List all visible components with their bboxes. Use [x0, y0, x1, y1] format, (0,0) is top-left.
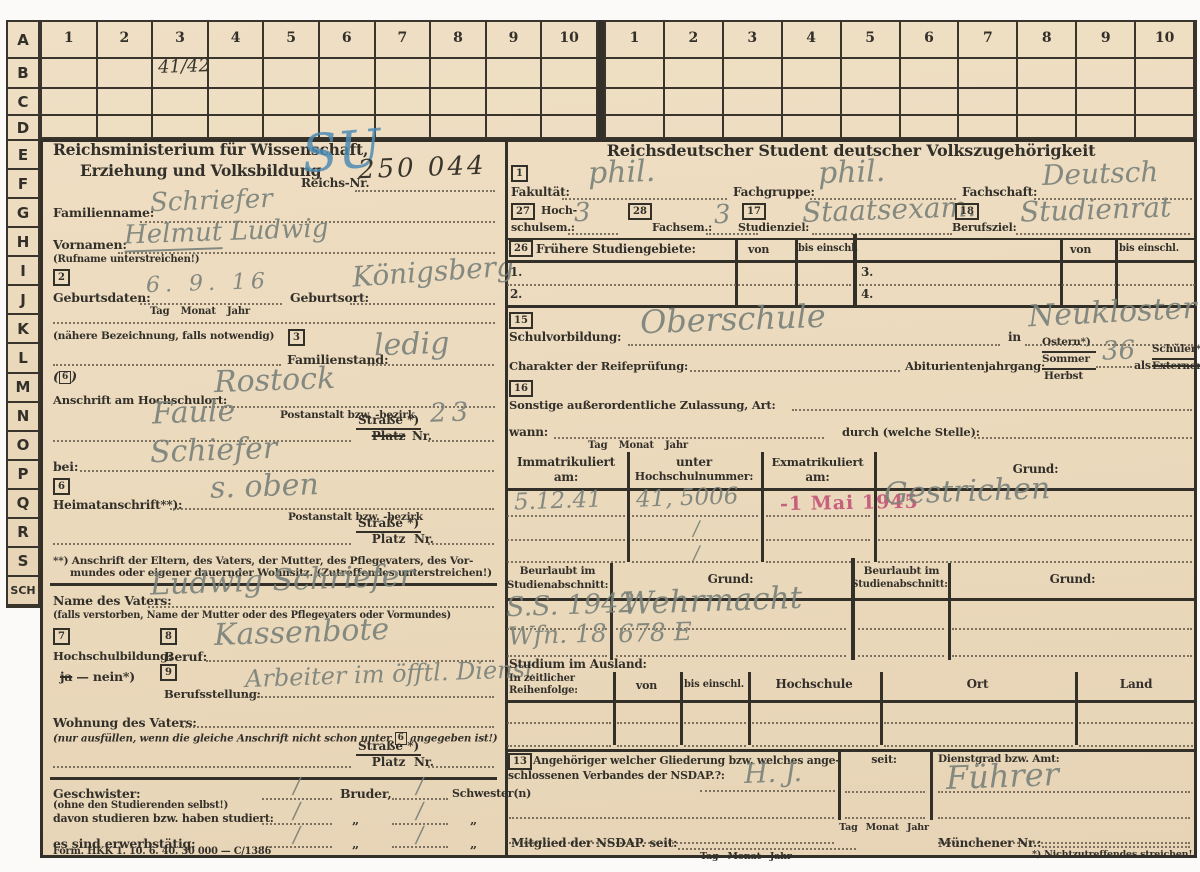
seit-tmj-label: Tag Monat Jahr: [838, 823, 930, 833]
grid-cell: [901, 116, 960, 141]
grid-col-header: 6: [320, 22, 376, 59]
grid-cell: [1136, 89, 1195, 116]
grid-cell: [1018, 116, 1077, 141]
grid-cell: [153, 89, 209, 116]
grid-cell: [783, 89, 842, 116]
grid-col-header: 2: [665, 22, 724, 59]
berufsziel-label: Berufsziel:: [952, 222, 1016, 234]
imm-r2-d4: [878, 539, 1192, 541]
grid-col-header: 5: [842, 22, 901, 59]
grid-cell: [209, 59, 265, 89]
fachgruppe-value: phil.: [817, 157, 885, 189]
familienname-value: Schriefer: [150, 186, 274, 216]
ja-label-struck: ja: [60, 669, 72, 684]
grid-cell: [1136, 116, 1195, 141]
grid-col-header: 1: [606, 22, 665, 59]
bis-label-right: bis einschl.: [1119, 244, 1179, 254]
letter-cell: M: [8, 374, 38, 403]
heimat-nr-line: [428, 543, 494, 545]
immatrikuliert-value: 5.12.41: [514, 488, 603, 514]
imm-header-1a: Immatrikuliert: [505, 456, 627, 469]
letter-cell: C: [8, 89, 38, 116]
familienstand-line: [368, 364, 494, 366]
field-box-7: 7: [53, 628, 70, 645]
grid-cell: [153, 116, 209, 141]
schwester-count-value: /: [416, 776, 424, 798]
grid-cell: [901, 89, 960, 116]
sonstige-line: [792, 409, 1192, 411]
ausl-ort-header: Ort: [880, 678, 1075, 691]
grid-row: [42, 59, 598, 89]
muenchener-line: [1042, 846, 1190, 848]
berufsziel-value: Studienrat: [1020, 193, 1172, 226]
schulvorbildung-line: [628, 344, 1000, 346]
ja-nein-selector: ja — nein*): [60, 670, 135, 683]
vater-value: Ludwig Schriefer: [150, 561, 415, 600]
ausl-von-header: von: [613, 680, 680, 692]
beur-r1-d3: [858, 628, 944, 630]
letter-cell: D: [8, 116, 38, 141]
berufsstellung-line: [242, 696, 494, 698]
strasse-value: Faule: [152, 397, 236, 430]
ministry-title-line2: Erziehung und Volksbildung: [80, 163, 321, 179]
letter-cell: Q: [8, 490, 38, 519]
letter-cell: J: [8, 286, 38, 315]
rufname-note: (Rufname unterstreichen!): [53, 255, 199, 266]
t26-row1-num: 1.: [510, 266, 522, 279]
von-label-right: von: [1070, 244, 1091, 256]
geburtsdaten-value: 6. 9. 16: [146, 271, 271, 297]
grid-col-header: 2: [98, 22, 154, 59]
letter-cell: B: [8, 59, 38, 89]
beruf-label: Beruf:: [164, 650, 207, 663]
wohnung-strasse-line: [53, 766, 351, 768]
beur-header-1a: Beurlaubt im: [505, 566, 610, 577]
grid-cell: [42, 116, 98, 141]
rufname-underlined: Helmut: [124, 217, 223, 252]
strasse-label: Straße *): [356, 414, 421, 430]
nsdap-vline-2: [930, 752, 933, 820]
strasse-platz-selector-3: Straße *)Platz: [356, 740, 421, 770]
hochschulnummer-value: 41, 5006: [636, 485, 739, 512]
field-box-28: 28: [628, 203, 652, 220]
imm-header-3b: am:: [761, 471, 874, 484]
fakultaet-label: Fakultät:: [511, 186, 570, 199]
letter-cell: I: [8, 257, 38, 286]
bei-label: bei:: [53, 460, 78, 473]
grid-cell: [1018, 89, 1077, 116]
mitglied-tmj-label: Tag Monat Jahr: [700, 852, 792, 862]
zeitl-label-2: Reihenfolge:: [509, 686, 578, 697]
imm-r1-d4: [878, 515, 1192, 517]
grid-col-header: 5: [264, 22, 320, 59]
grid-col-header: 9: [1077, 22, 1136, 59]
field-box-6-paren: (6): [53, 371, 77, 385]
field-box-18: 18: [955, 203, 979, 220]
mitglied-label: Mitglied der NSDAP. seit:: [511, 837, 677, 850]
grid-b3-note: 41/42: [158, 57, 210, 77]
jahrgang-line: [1096, 366, 1132, 368]
heimat-strasse-line: [53, 543, 351, 545]
field-box-6b: 6: [53, 478, 70, 495]
hochschulsem-label-2: schulsem.:: [511, 222, 575, 234]
familienstand-value: ledig: [373, 329, 449, 362]
dienst-d2: [938, 817, 1190, 819]
grid-cell: [665, 89, 724, 116]
grid-col-header: 3: [153, 22, 209, 59]
charakter-line: [690, 370, 900, 372]
geburtsdaten-line: [140, 303, 282, 305]
grid-col-header: 4: [209, 22, 265, 59]
field-box-2: 2: [53, 269, 70, 286]
jahrgang-value: 36: [1102, 337, 1136, 364]
erwerb-ditto-2: „: [470, 837, 477, 850]
grid-cell: [264, 89, 320, 116]
hochschulsem-label-1: Hoch-: [541, 205, 577, 217]
geschwister-label: Geschwister:: [53, 787, 140, 800]
ausl-r2-d5: [884, 745, 1073, 747]
beurlaubt-row1-abschnitt: S.S. 1942: [506, 590, 636, 622]
strike-footnote: *) Nichtzutreffendes streichen!: [1032, 850, 1192, 860]
schulvorbildung-label: Schulvorbildung:: [509, 331, 621, 344]
imm-header-2a: unter: [627, 456, 761, 469]
hochschulsem-value: 3: [574, 200, 591, 227]
ausl-r2-d3: [684, 745, 746, 747]
grid-row: 12345678910: [606, 22, 1195, 59]
ausl-bis-header: bis einschl.: [680, 680, 748, 690]
von-label-left: von: [748, 244, 769, 256]
seit-d2: [845, 817, 925, 819]
field-box-26: 26: [509, 240, 533, 257]
imm-header-rule: [505, 488, 1197, 491]
charakter-label: Charakter der Reifeprüfung:: [509, 360, 688, 372]
grid-col-header: 6: [901, 22, 960, 59]
field-box-6a: 6: [59, 371, 71, 384]
form-number: Form. HKK 1. 10. 6. 40. 30 000 — C/1386: [53, 847, 271, 857]
letter-cell: L: [8, 344, 38, 373]
strasse-label: Straße *): [356, 740, 421, 756]
heimatanschrift-line: [170, 508, 494, 510]
reichsnr-line: [355, 190, 495, 192]
grid-col-header: 9: [487, 22, 543, 59]
mitglied-line: [678, 848, 856, 850]
field-box-8: 8: [160, 628, 177, 645]
hochschulsem-line: [568, 233, 618, 235]
grid-cell: [842, 116, 901, 141]
field-box-15: 15: [509, 312, 533, 329]
field-box-1: 1: [511, 165, 528, 182]
ausl-header-rule: [505, 700, 1197, 703]
field-box-27: 27: [511, 203, 535, 220]
grid-cell: [901, 59, 960, 89]
geburtsdaten-label: Geburtsdaten:: [53, 291, 151, 304]
platz-label-struck: Platz: [372, 430, 406, 444]
durch-line: [974, 437, 1192, 439]
als-label: als: [1134, 360, 1151, 372]
ausl-r1-d6: [1079, 722, 1193, 724]
grid-cell: [487, 59, 543, 89]
grid-cell: [724, 59, 783, 89]
herbst-option: Herbst: [1044, 371, 1083, 382]
t26-header-rule: [505, 260, 1197, 263]
imm-r3-d1: [507, 561, 625, 563]
gliederung-value: H. J.: [744, 759, 803, 788]
grid-cell: [98, 59, 154, 89]
t26-row3-num: 3.: [861, 266, 873, 279]
beurlaubt-row1-grund: Wehrmacht: [622, 583, 803, 620]
letter-cell: A: [8, 22, 38, 59]
wohnung-note-2: angegeben ist!): [410, 733, 497, 745]
index-grid-left: 12345678910: [40, 20, 600, 139]
vater-line: [148, 606, 494, 608]
zeitl-label-1: In zeitlicher: [509, 674, 575, 685]
grid-col-header: 10: [1136, 22, 1195, 59]
grid-row: [606, 89, 1195, 116]
beur-header-2b: Studienabschnitt:: [851, 580, 948, 591]
davon-value-2: /: [416, 801, 424, 823]
grid-cell: [606, 89, 665, 116]
hausnr-value: 23: [430, 399, 474, 426]
grid-cell: [959, 59, 1018, 89]
imm-r1-d3: [766, 515, 870, 517]
letter-cell: G: [8, 199, 38, 228]
letter-cell: R: [8, 519, 38, 548]
vornamen-label: Vornamen:: [53, 238, 127, 251]
platz-label: Platz: [372, 533, 406, 547]
ausland-label: Studium im Ausland:: [509, 658, 647, 671]
grid-cell: [42, 89, 98, 116]
ostern-option: Ostern*): [1042, 337, 1091, 348]
grid-col-header: 10: [542, 22, 598, 59]
nsdap-label-2: schlossenen Verbandes der NSDAP.?:: [508, 770, 725, 781]
letter-cell: O: [8, 432, 38, 461]
imm-r2-slash: /: [693, 518, 700, 538]
ausl-r1-d5: [884, 722, 1073, 724]
erwerb-value-1: /: [293, 825, 301, 847]
ausl-r1-d4: [752, 722, 878, 724]
bruder-count-value: /: [293, 776, 301, 798]
t26-top-rule: [505, 238, 1197, 240]
grid-cell: [665, 59, 724, 89]
wohnung-note: (nur ausfüllen, wenn die gleiche Anschri…: [53, 732, 497, 745]
grid-cell: [376, 89, 432, 116]
grid-cell: [98, 116, 154, 141]
grid-cell: [959, 116, 1018, 141]
grid-cell: [431, 59, 487, 89]
grid-cell: [431, 89, 487, 116]
exm-grund-value: Gestrichen: [884, 474, 1051, 510]
beurlaubt-row2-abschnitt: Wfn. 18: [508, 620, 608, 648]
grid-cell: [320, 89, 376, 116]
beur-grund-header-2: Grund:: [948, 573, 1197, 586]
reichsnr-value: 250 044: [358, 153, 487, 183]
grid-row: [42, 89, 598, 116]
grid-cell: [42, 59, 98, 89]
grid-cell: [98, 89, 154, 116]
vornamen-value: Helmut Ludwig: [124, 215, 329, 248]
grid-cell: [376, 116, 432, 141]
grid-cell: [376, 59, 432, 89]
grid-cell: [209, 89, 265, 116]
beur-r1-d4: [952, 628, 1192, 630]
studienziel-value: Staatsexam.: [802, 193, 977, 227]
field-box-13: 13: [508, 753, 532, 770]
beur-r2-d4: [952, 655, 1192, 657]
grid-col-header: 7: [376, 22, 432, 59]
imm-r2-d1: [507, 539, 625, 541]
beurlaubt-row2-grund: 678 E: [618, 619, 693, 647]
beur-r2-d2: [616, 655, 846, 657]
grid-col-header: 3: [724, 22, 783, 59]
grid-cell: [606, 59, 665, 89]
ausl-r1-d1: [507, 722, 611, 724]
grid-cell: [724, 89, 783, 116]
davon-label: davon studieren bzw. haben studiert:: [53, 813, 274, 825]
berufsziel-line: [1016, 233, 1190, 235]
index-letter-column: A B C D E F G H I J K L M N O P Q R S SC…: [6, 20, 40, 608]
grid-cell: [542, 116, 598, 141]
ausl-hochschule-header: Hochschule: [748, 678, 880, 691]
grid-row: 12345678910: [42, 22, 598, 59]
t26-mid-dotted-left: [507, 284, 851, 286]
beur-r2-d3: [858, 655, 944, 657]
imm-r2-d3: [766, 539, 870, 541]
wohnung-label: Wohnung des Vaters:: [53, 716, 197, 729]
abitur-label: Abiturientenjahrgang:: [905, 360, 1045, 372]
grid-cell: [1077, 89, 1136, 116]
ausl-r1-d2: [617, 722, 678, 724]
gliederung-line: [700, 790, 835, 792]
beruf-value: Kassenbote: [214, 615, 390, 651]
studienziel-label: Studienziel:: [738, 222, 809, 234]
grid-cell: [606, 116, 665, 141]
wohnung-line: [182, 726, 494, 728]
imm-r3-d4: [878, 561, 1192, 563]
externer-option-struck: Externer: [1152, 361, 1200, 372]
grid-cell: [1077, 116, 1136, 141]
grid-cell: [665, 116, 724, 141]
letter-cell: SCH: [8, 577, 38, 606]
hochschulbildung-label: Hochschulbildung:: [53, 650, 172, 662]
grid-cell: [542, 59, 598, 89]
heimatanschrift-label: Heimatanschrift**):: [53, 499, 182, 512]
fachsem-value: 3: [714, 202, 731, 229]
grid-cell: [724, 116, 783, 141]
grid-row: [606, 116, 1195, 141]
erwerb-value-2: /: [416, 825, 424, 847]
hausnr-line: [428, 440, 494, 442]
schueler-option: Schüler*): [1152, 344, 1200, 355]
field-box-3: 3: [288, 329, 305, 346]
familienname-label: Familienname:: [53, 206, 154, 219]
t26-row2-num: 2.: [510, 288, 522, 301]
davon-ditto-1: „: [352, 813, 359, 826]
letter-cell: E: [8, 141, 38, 170]
index-grid-right: 12345678910: [604, 20, 1197, 139]
seit-d1: [845, 791, 925, 793]
ausl-r2-d6: [1079, 745, 1193, 747]
dienstgrad-value: Führer: [945, 758, 1059, 794]
in-label: in: [1008, 331, 1021, 344]
letter-cell: N: [8, 403, 38, 432]
naehere-note: (nähere Bezeichnung, falls notwendig): [53, 331, 274, 342]
schulvorbildung-value: Oberschule: [639, 300, 826, 338]
schwester-label: Schwester(n): [452, 788, 531, 800]
grid-col-header: 8: [431, 22, 487, 59]
geburtsort-line: [350, 303, 495, 305]
ausl-land-header: Land: [1075, 678, 1197, 691]
ausl-r1-d3: [684, 722, 746, 724]
ausl-r2-d1: [507, 745, 611, 747]
grid-col-header: 4: [783, 22, 842, 59]
vorname-rest: Ludwig: [222, 213, 329, 247]
grid-cell: [209, 116, 265, 141]
letter-cell: F: [8, 170, 38, 199]
davon-value-1: /: [293, 801, 301, 823]
studienziel-line: [812, 233, 952, 235]
t26-row4-num: 4.: [861, 288, 873, 301]
ausl-r2-d2: [617, 745, 678, 747]
fachsem-label: Fachsem.:: [652, 222, 712, 234]
grid-row: [606, 59, 1195, 89]
right-divider: [505, 749, 1197, 752]
ausl-r2-d4: [752, 745, 878, 747]
grid-cell: [431, 116, 487, 141]
grid-cell: [1018, 59, 1077, 89]
muenchener-label: Münchener Nr.:: [938, 837, 1041, 850]
imm-header-3a: Exmatrikuliert: [761, 456, 874, 468]
grid-col-header: 8: [1018, 22, 1077, 59]
durch-label: durch (welche Stelle):: [842, 426, 980, 438]
schulort-value: Neukloster: [1027, 294, 1197, 333]
seit-label: seit:: [838, 754, 930, 766]
beur-header-2a: Beurlaubt im: [855, 566, 948, 577]
geschwister-note: (ohne den Studierenden selbst!): [53, 801, 228, 812]
t26-vline-3: [1060, 238, 1063, 305]
grid-cell: [1077, 59, 1136, 89]
grid-cell: [1136, 59, 1195, 89]
naehere-line: [53, 322, 495, 324]
grid-col-header: 7: [959, 22, 1018, 59]
grid-cell: [542, 89, 598, 116]
letter-cell: P: [8, 461, 38, 490]
grid-col-header: 1: [42, 22, 98, 59]
wann-tmj-label: Tag Monat Jahr: [588, 441, 688, 452]
bis-label-left: bis einschl.: [798, 244, 858, 254]
fachschaft-value: Deutsch: [1042, 158, 1159, 190]
davon-ditto-2: „: [470, 813, 477, 826]
bei-value: Schiefer: [150, 434, 278, 468]
imm-header-1b: am:: [505, 471, 627, 484]
imm-r1-d1: [507, 515, 625, 517]
letter-cell: K: [8, 315, 38, 344]
dienst-d1: [938, 791, 1190, 793]
grid-cell: [487, 116, 543, 141]
strasse-label: Straße *): [356, 517, 421, 533]
strasse-platz-selector-2: Straße *)Platz: [356, 517, 421, 547]
fakultaet-value: phil.: [587, 157, 655, 189]
grid-cell: [320, 59, 376, 89]
grid-cell: [264, 59, 320, 89]
grid-cell: [959, 89, 1018, 116]
paren-close: ): [71, 370, 77, 385]
imm-r3-d2: [632, 561, 758, 563]
grid-cell: [487, 89, 543, 116]
field-box-16: 16: [509, 380, 533, 397]
wohnung-note-1: (nur ausfüllen, wenn die gleiche Anschri…: [53, 733, 391, 745]
letter-cell: H: [8, 228, 38, 257]
tag-monat-jahr-label: Tag Monat Jahr: [150, 307, 250, 318]
